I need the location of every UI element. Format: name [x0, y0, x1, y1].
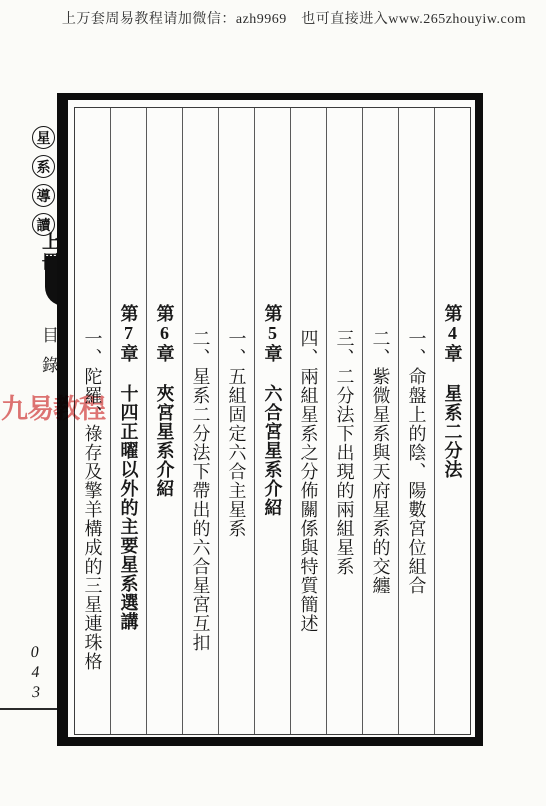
logo-char-circle: 系 — [32, 155, 55, 178]
toc-column-ch4-item-1: 一、命盤上的陰、陽數宮位組合 — [398, 108, 434, 734]
watermark-stamp: 九易教程 — [1, 387, 105, 426]
logo-char-circle: 星 — [32, 126, 55, 149]
toc-column-ch4-item-2: 二、紫微星系與天府星系的交纏 — [362, 108, 398, 734]
toc-entry: 二、紫微星系與天府星系的交纏 — [372, 108, 390, 734]
logo-char: 星 — [37, 128, 51, 148]
page-number-underline — [0, 708, 62, 710]
toc-entry: 三、二分法下出現的兩組星系 — [336, 108, 354, 734]
logo-char: 導 — [37, 186, 51, 206]
toc-entry: 第6章 夾宮星系介紹 — [156, 108, 174, 734]
page-number: 043 — [25, 644, 45, 705]
toc-entry: 二、星系二分法下帶出的六合星宮互扣 — [192, 108, 210, 734]
toc-column-chapter-7: 第7章 十四正曜以外的主要星系選講 — [110, 108, 146, 734]
toc-column-ch4-item-4: 四、兩組星系之分佈關係與特質簡述 — [290, 108, 326, 734]
book-title-logo: 星 系 導 讀 — [32, 126, 55, 236]
toc-inner-frame: 第4章 星系二分法 一、命盤上的陰、陽數宮位組合 二、紫微星系與天府星系的交纏 … — [74, 107, 471, 735]
toc-column-ch4-item-3: 三、二分法下出現的兩組星系 — [326, 108, 362, 734]
toc-column-chapter-6: 第6章 夾宮星系介紹 — [146, 108, 182, 734]
logo-char-circle: 導 — [32, 184, 55, 207]
toc-column-chapter-5: 第5章 六合宮星系介紹 — [254, 108, 290, 734]
toc-page-frame: 第4章 星系二分法 一、命盤上的陰、陽數宮位組合 二、紫微星系與天府星系的交纏 … — [57, 93, 483, 746]
toc-entry: 一、命盤上的陰、陽數宮位組合 — [408, 108, 426, 734]
logo-char: 系 — [37, 157, 51, 177]
toc-column-ch5-item-2: 二、星系二分法下帶出的六合星宮互扣 — [182, 108, 218, 734]
promo-banner: 上万套周易教程请加微信：azh9969 也可直接进入www.265zhouyiw… — [48, 8, 540, 28]
toc-entry: 第5章 六合宮星系介紹 — [264, 108, 282, 734]
toc-entry: 第4章 星系二分法 — [444, 108, 462, 734]
toc-entry: 第7章 十四正曜以外的主要星系選講 — [120, 108, 138, 734]
toc-entry: 一、五組固定六合主星系 — [228, 108, 246, 734]
toc-column-ch5-item-1: 一、五組固定六合主星系 — [218, 108, 254, 734]
toc-entry: 四、兩組星系之分佈關係與特質簡述 — [300, 108, 318, 734]
toc-column-chapter-4: 第4章 星系二分法 — [434, 108, 470, 734]
